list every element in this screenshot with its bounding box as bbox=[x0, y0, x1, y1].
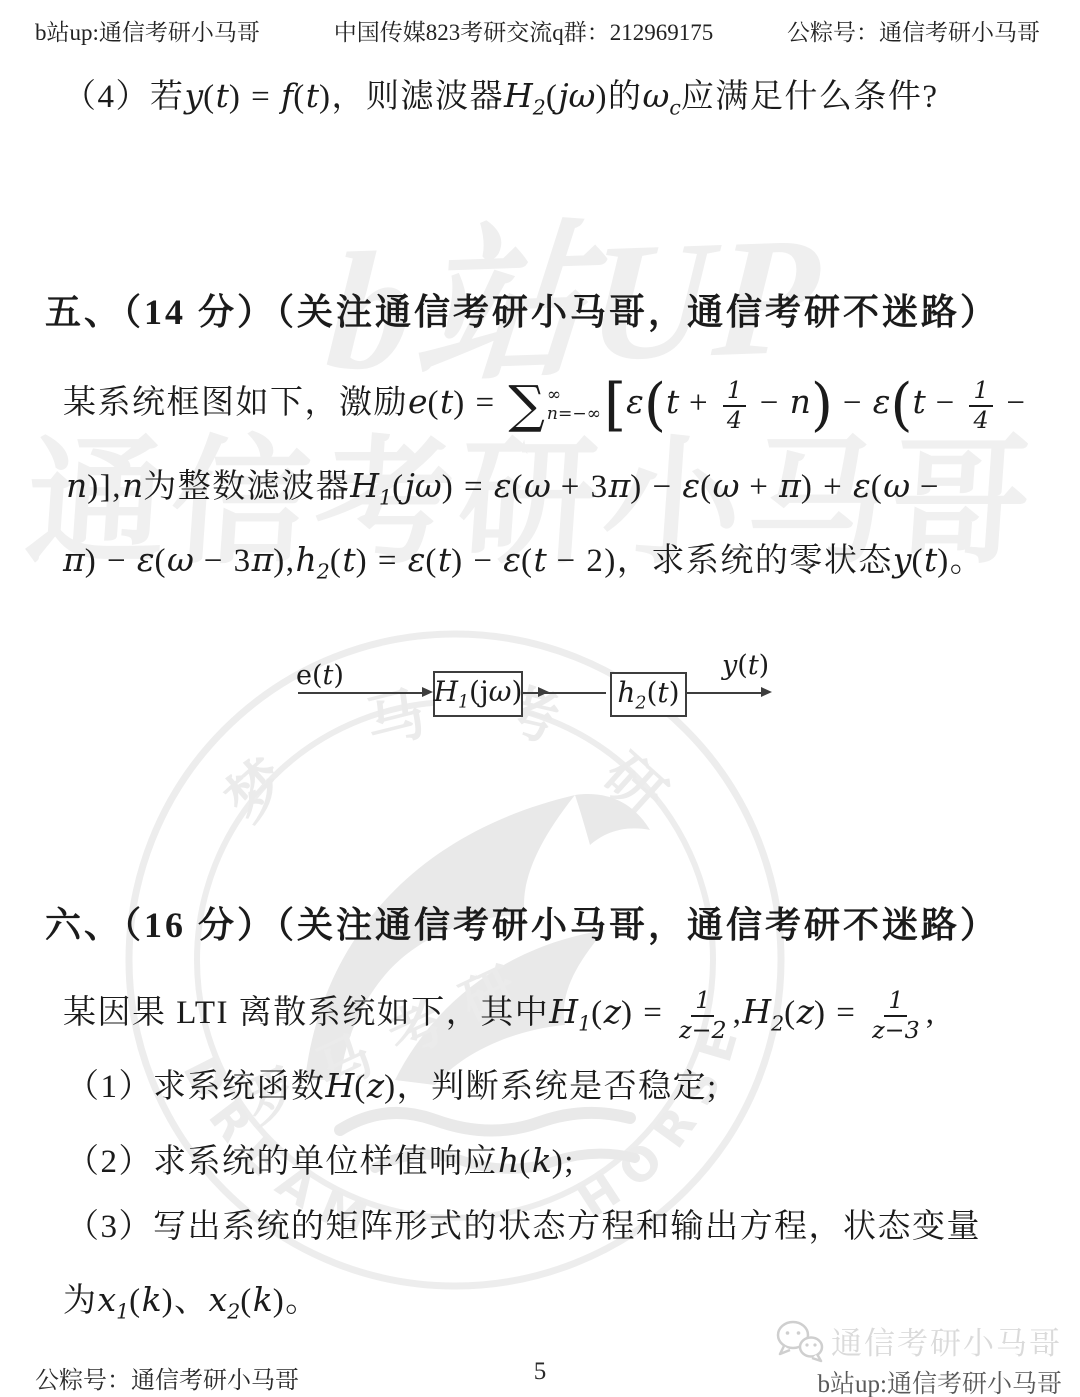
ring-char-yan: 研 bbox=[590, 740, 679, 829]
wechat-icon bbox=[775, 1319, 825, 1363]
section-5-line-2: n)],n为整数滤波器H1(jω) = ε(ω + 3π) − ε(ω + π)… bbox=[66, 460, 940, 510]
section-5-heading: 五、（14 分）（关注通信考研小马哥，通信考研不迷路） bbox=[45, 284, 999, 335]
diagram-box-h1-label: H1(jω) bbox=[434, 675, 523, 713]
diagram-box-h2-label: h2(t) bbox=[617, 676, 679, 714]
diagram-line-1 bbox=[298, 692, 425, 694]
diagram-line-3 bbox=[685, 692, 763, 694]
footer-brand-gray: 通信考研小马哥 bbox=[831, 1318, 1062, 1363]
diagram-arrowhead-2 bbox=[538, 687, 549, 697]
header-right: 公粽号：通信考研小马哥 bbox=[787, 14, 1040, 47]
system-block-diagram: e(t) H1(jω) h2(t) y(t) bbox=[0, 630, 1080, 745]
footer-brand-block: 通信考研小马哥 b站up:通信考研小马哥 bbox=[775, 1318, 1062, 1397]
diagram-box-h2: h2(t) bbox=[610, 672, 687, 717]
exam-page: b站UP 通信考研小马哥 梦 马 考 研 DREAM HORSE 罗马考研 b站… bbox=[0, 0, 1080, 1397]
question-4-line: （4）若y(t) = f(t)，则滤波器H2(jω)的ωc应满足什么条件? bbox=[63, 70, 939, 120]
diagram-box-h1: H1(jω) bbox=[433, 671, 523, 717]
section-6-heading: 六、（16 分）（关注通信考研小马哥，通信考研不迷路） bbox=[45, 897, 999, 948]
ring-char-dream: 梦 bbox=[212, 745, 301, 834]
header-center: 中国传媒823考研交流q群：212969175 bbox=[334, 14, 714, 47]
section-6-item-3-cont: 为x1(k)、x2(k)。 bbox=[63, 1274, 320, 1324]
section-6-item-3: （3）写出系统的矩阵形式的状态方程和输出方程，状态变量 bbox=[66, 1200, 981, 1247]
section-6-item-1: （1）求系统函数H(z)，判断系统是否稳定; bbox=[66, 1060, 718, 1107]
diagram-arrowhead-3 bbox=[761, 687, 772, 697]
diagram-output-label: y(t) bbox=[722, 650, 769, 681]
header-left: b站up:通信考研小马哥 bbox=[35, 14, 260, 47]
section-5-line-1: 某系统框图如下，激励e(t) = ∑∞n=−∞[ε(t + 14 − n) − … bbox=[63, 376, 1026, 434]
diagram-line-2 bbox=[521, 692, 606, 694]
section-5-line-3: π) − ε(ω − 3π),h2(t) = ε(t) − ε(t − 2)，求… bbox=[63, 534, 984, 584]
pegasus-wing-graphic bbox=[305, 794, 650, 1169]
footer-brand-dark: b站up:通信考研小马哥 bbox=[775, 1364, 1062, 1397]
diagram-arrowhead-1 bbox=[422, 687, 433, 697]
diagram-input-label: e(t) bbox=[296, 660, 344, 691]
section-6-item-2: （2）求系统的单位样值响应h(k); bbox=[66, 1135, 575, 1182]
page-header: b站up:通信考研小马哥 中国传媒823考研交流q群：212969175 公粽号… bbox=[35, 14, 1040, 47]
section-6-line-1: 某因果 LTI 离散系统如下，其中H1(z) = 1z−2,H2(z) = 1z… bbox=[63, 986, 935, 1044]
